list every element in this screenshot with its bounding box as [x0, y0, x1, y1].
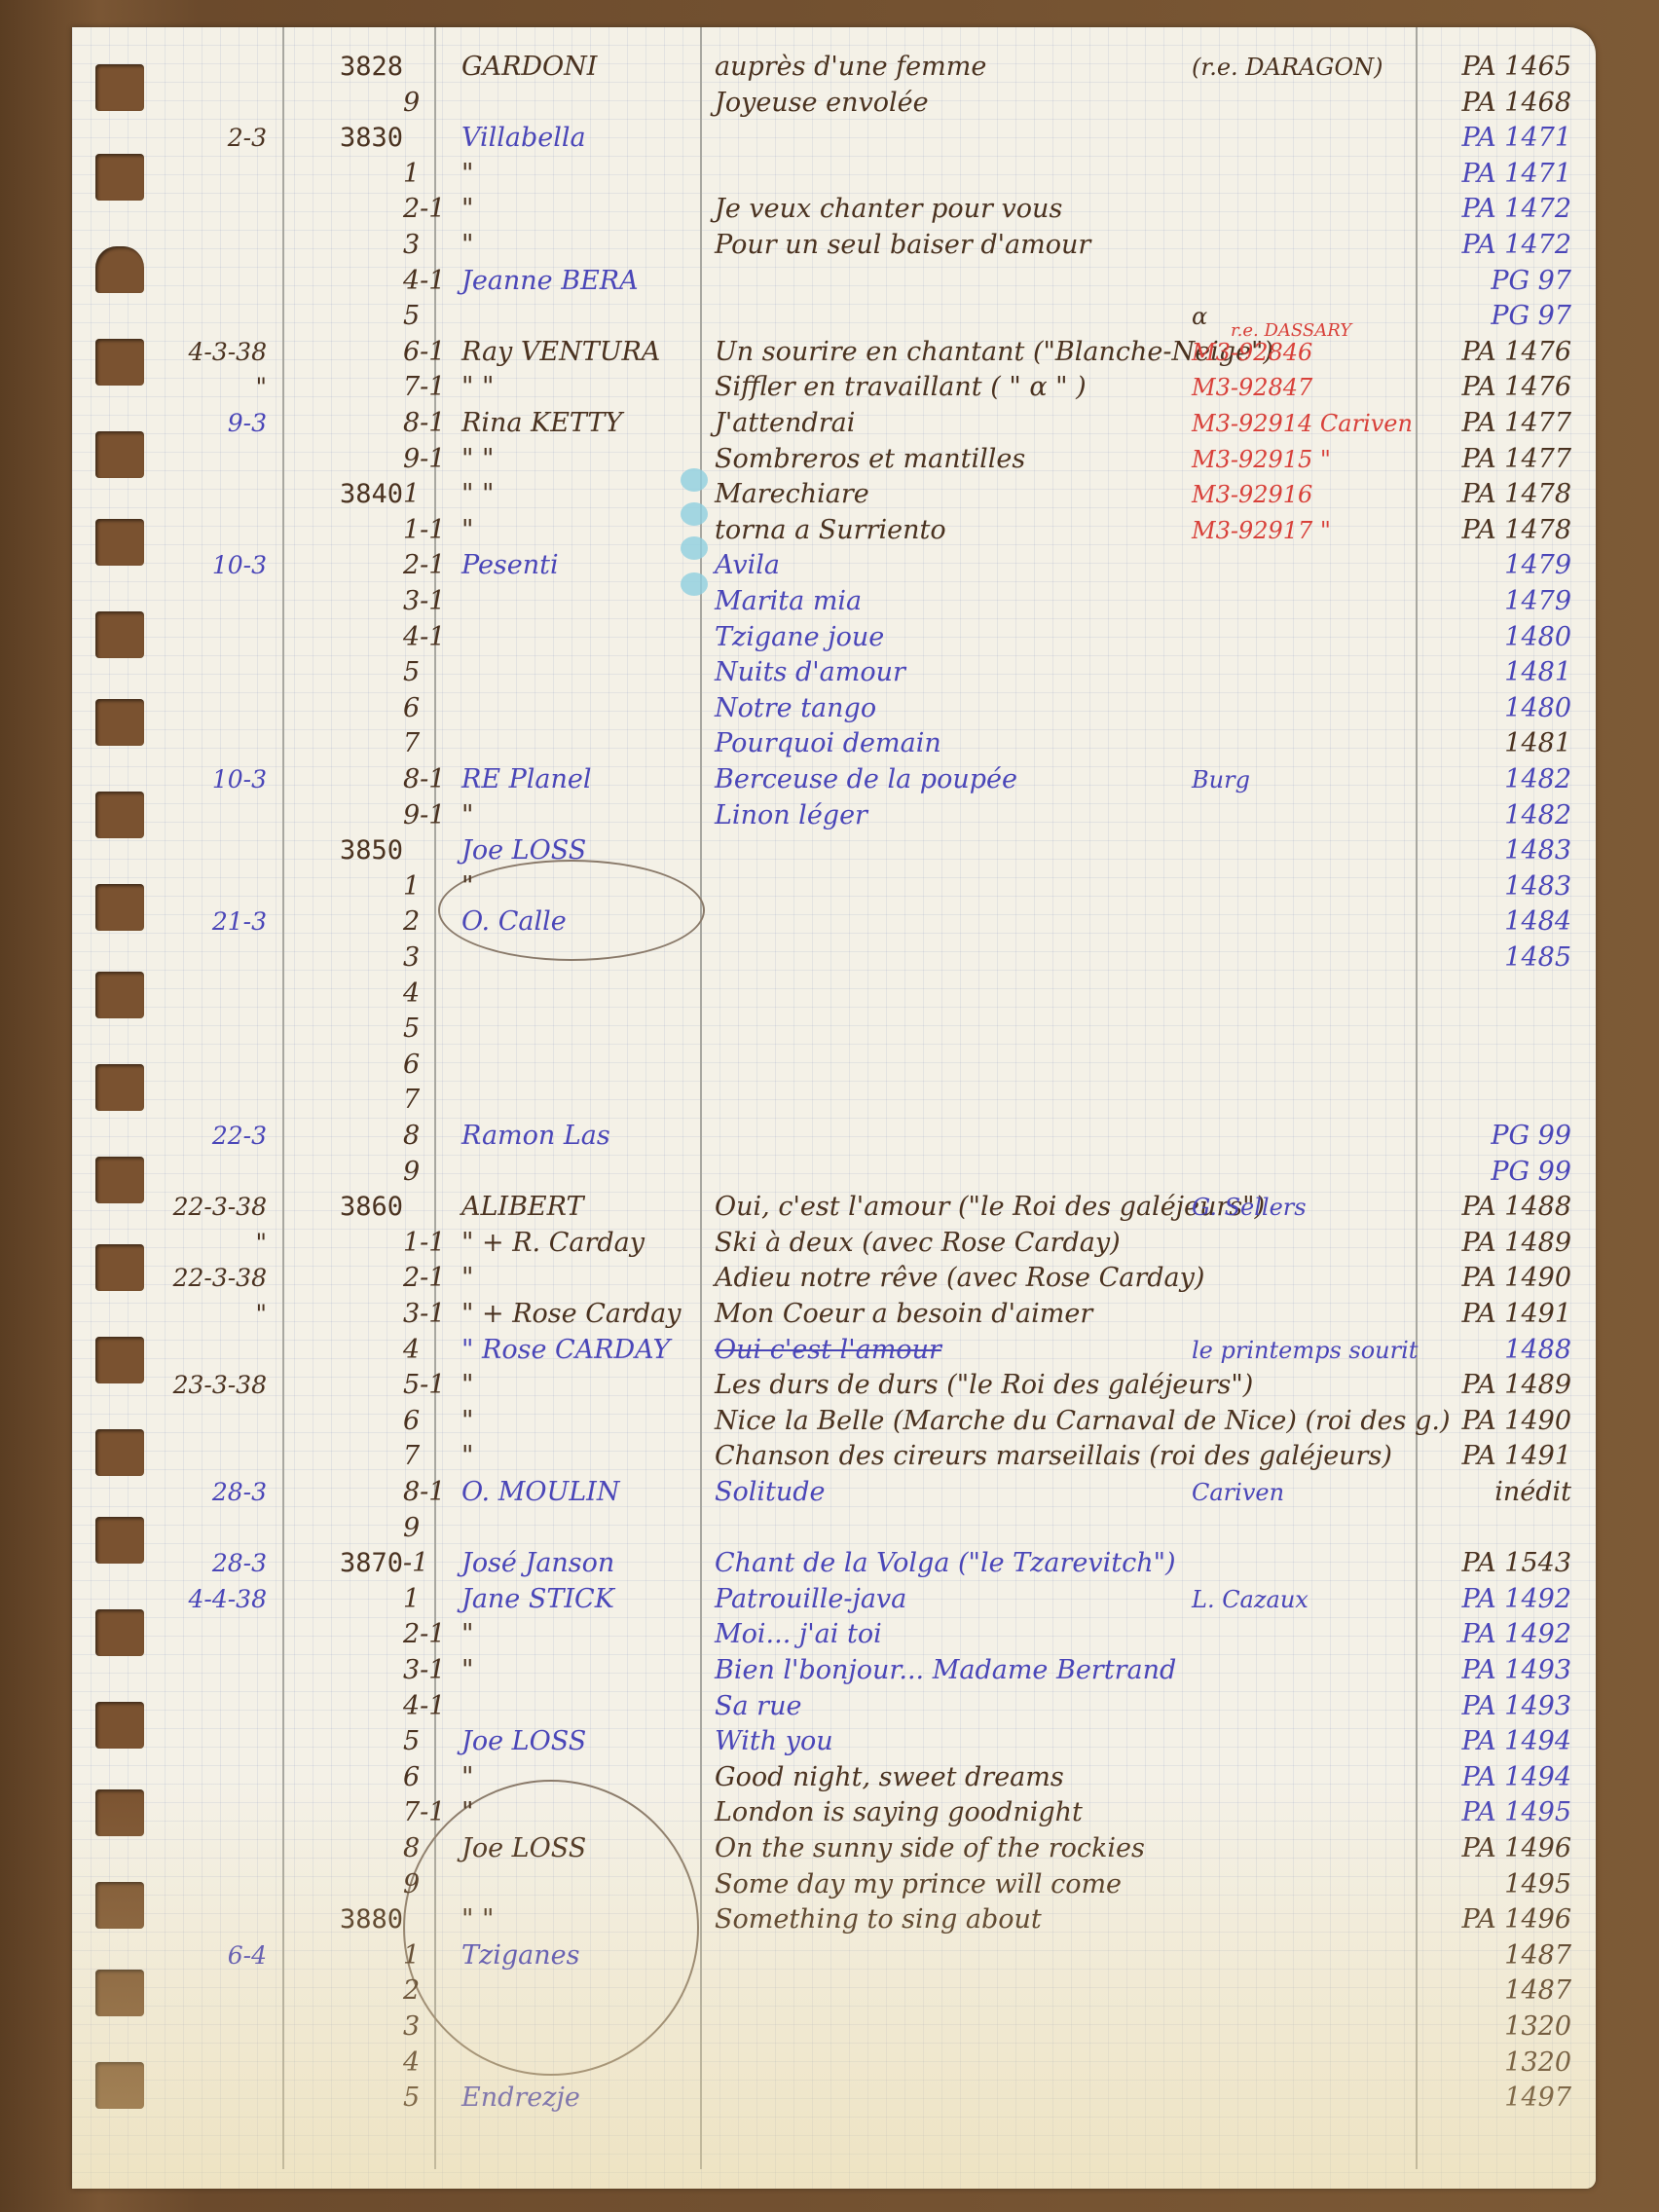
- artist-name: ": [461, 1438, 473, 1475]
- entry-date: 22-3: [111, 1118, 267, 1155]
- ledger-row: 41320: [72, 2045, 1596, 2082]
- catalogue-ref: 1487: [1416, 1972, 1571, 2009]
- artist-name: Endrezje: [461, 2080, 580, 2117]
- song-title: Nuits d'amour: [715, 654, 905, 691]
- song-title: Avila: [715, 547, 780, 584]
- entry-date: 9-3: [111, 405, 267, 442]
- take-number: 1: [403, 868, 461, 905]
- take-number: 8-1: [403, 1474, 461, 1511]
- ledger-row: 3850Joe LOSS1483: [72, 832, 1596, 869]
- catalogue-ref: 1320: [1416, 2045, 1571, 2082]
- song-title: Joyeuse envolée: [715, 85, 929, 122]
- artist-name: ": [461, 1794, 473, 1831]
- take-number: 2-1: [403, 191, 461, 228]
- ledger-row: 1"PA 1471: [72, 156, 1596, 193]
- song-title: Je veux chanter pour vous: [715, 191, 1062, 228]
- catalogue-ref: 1480: [1416, 690, 1571, 727]
- song-title: London is saying goodnight: [715, 1794, 1083, 1831]
- take-number: 1-1: [403, 1225, 461, 1262]
- artist-name: Ramon Las: [461, 1118, 610, 1155]
- song-title: Siffler en travaillant ( " α " ): [715, 369, 1087, 406]
- entry-date: 28-3: [111, 1545, 267, 1582]
- matrix-number: 3840: [296, 476, 403, 513]
- ledger-row: 5αPG 97: [72, 298, 1596, 335]
- ledger-row: 5: [72, 1011, 1596, 1048]
- artist-name: ": [461, 1260, 473, 1297]
- ledger-row: 4-1Jeanne BERAPG 97: [72, 263, 1596, 300]
- artist-name: O. Calle: [461, 903, 567, 940]
- artist-name: Rina KETTY: [461, 405, 622, 442]
- song-title: torna a Surriento: [715, 512, 946, 549]
- artist-name: ": [461, 1367, 473, 1404]
- take-number: 4-1: [403, 619, 461, 656]
- matrix-number: 3828: [296, 49, 403, 86]
- take-number: -1: [403, 1545, 461, 1582]
- catalogue-ref: PA 1492: [1416, 1581, 1571, 1618]
- song-title: Berceuse de la poupée: [715, 761, 1017, 798]
- artist-name: Jeanne BERA: [461, 263, 639, 300]
- take-number: 6: [403, 1047, 461, 1084]
- matrix-number: 3880: [296, 1901, 403, 1938]
- ledger-row: 2-33830VillabellaPA 1471: [72, 120, 1596, 157]
- take-number: 9: [403, 1510, 461, 1547]
- artist-name: ": [461, 1616, 473, 1653]
- catalogue-ref: 1484: [1416, 903, 1571, 940]
- catalogue-ref: PA 1472: [1416, 191, 1571, 228]
- song-title: Some day my prince will come: [715, 1866, 1122, 1903]
- artist-name: Joe LOSS: [461, 1723, 586, 1760]
- take-number: 6: [403, 1403, 461, 1440]
- song-title: On the sunny side of the rockies: [715, 1830, 1145, 1867]
- binder-hole: [95, 1882, 144, 1929]
- song-title: Notre tango: [715, 690, 876, 727]
- take-number: 4: [403, 2045, 461, 2082]
- take-number: 5-1: [403, 1367, 461, 1404]
- matrix-number: 3860: [296, 1189, 403, 1226]
- take-number: 1: [403, 156, 461, 193]
- song-title: Nice la Belle (Marche du Carnaval de Nic…: [715, 1403, 1450, 1440]
- take-number: 9-1: [403, 441, 461, 478]
- ledger-row: 7Pourquoi demain1481: [72, 725, 1596, 762]
- take-number: 1-1: [403, 512, 461, 549]
- ledger-row: 8Joe LOSSOn the sunny side of the rockie…: [72, 1830, 1596, 1867]
- entry-date: 28-3: [111, 1474, 267, 1511]
- catalogue-ref: 1479: [1416, 547, 1571, 584]
- artist-name: " Rose CARDAY: [461, 1332, 670, 1369]
- ledger-row: 6-41Tziganes1487: [72, 1937, 1596, 1974]
- song-title: Pour un seul baiser d'amour: [715, 227, 1090, 264]
- song-title: Chant de la Volga ("le Tzarevitch"): [715, 1545, 1176, 1582]
- ledger-row: 28-33870-1José JansonChant de la Volga (…: [72, 1545, 1596, 1582]
- catalogue-ref: 1485: [1416, 940, 1571, 977]
- pencil-circle: [403, 1780, 699, 2076]
- ledger-row: "3-1" + Rose CardayMon Coeur a besoin d'…: [72, 1296, 1596, 1333]
- artist-name: " + R. Carday: [461, 1225, 645, 1262]
- entry-date: 21-3: [111, 903, 267, 940]
- annotation: (r.e. DARAGON): [1192, 49, 1382, 86]
- catalogue-ref: 1482: [1416, 797, 1571, 834]
- annotation: M3-92917 ": [1192, 512, 1331, 549]
- catalogue-ref: 1495: [1416, 1866, 1571, 1903]
- song-title: Sombreros et mantilles: [715, 441, 1025, 478]
- annotation-extra: r.e. DASSARY: [1231, 313, 1351, 350]
- ledger-row: "1-1" + R. CardaySki à deux (avec Rose C…: [72, 1225, 1596, 1262]
- artist-name: ": [461, 156, 473, 193]
- ledger-row: 1-1"torna a SurrientoM3-92917 "PA 1478: [72, 512, 1596, 549]
- catalogue-ref: PA 1476: [1416, 334, 1571, 371]
- annotation: M3-92916: [1192, 476, 1312, 513]
- catalogue-ref: PA 1489: [1416, 1367, 1571, 1404]
- ledger-row: 7: [72, 1082, 1596, 1119]
- take-number: 2-1: [403, 1260, 461, 1297]
- ledger-row: 31320: [72, 2009, 1596, 2046]
- entry-date: 22-3-38: [111, 1189, 267, 1226]
- ledger-row: 9-38-1Rina KETTYJ'attendraiM3-92914 Cari…: [72, 405, 1596, 442]
- catalogue-ref: PA 1471: [1416, 156, 1571, 193]
- ledger-row: 9PG 99: [72, 1154, 1596, 1191]
- artist-name: ": [461, 512, 473, 549]
- ledger-row: 9-1" "Sombreros et mantillesM3-92915 "PA…: [72, 441, 1596, 478]
- song-title: Oui c'est l'amour: [715, 1332, 941, 1369]
- song-title: Ski à deux (avec Rose Carday): [715, 1225, 1121, 1262]
- song-title: Something to sing about: [715, 1901, 1042, 1938]
- take-number: 2: [403, 903, 461, 940]
- take-number: 2-1: [403, 547, 461, 584]
- take-number: 7: [403, 725, 461, 762]
- entry-date: 23-3-38: [111, 1367, 267, 1404]
- ledger-row: 22-3-382-1"Adieu notre rêve (avec Rose C…: [72, 1260, 1596, 1297]
- take-number: 3: [403, 227, 461, 264]
- take-number: 7: [403, 1082, 461, 1119]
- artist-name: ": [461, 868, 473, 905]
- song-title: Pourquoi demain: [715, 725, 941, 762]
- catalogue-ref: PA 1488: [1416, 1189, 1571, 1226]
- binder-hole: [95, 1970, 144, 2016]
- take-number: 8: [403, 1118, 461, 1155]
- catalogue-ref: 1481: [1416, 725, 1571, 762]
- entry-date: 22-3-38: [111, 1260, 267, 1297]
- song-title: Bien l'bonjour... Madame Bertrand: [715, 1652, 1176, 1689]
- entry-date: ": [111, 1225, 267, 1262]
- artist-name: " ": [461, 369, 494, 406]
- take-number: 4: [403, 1332, 461, 1369]
- take-number: 5: [403, 654, 461, 691]
- matrix-number: 3870: [296, 1545, 403, 1582]
- catalogue-ref: PA 1489: [1416, 1225, 1571, 1262]
- song-title: Patrouille-java: [715, 1581, 906, 1618]
- artist-name: ": [461, 1403, 473, 1440]
- entry-date: ": [111, 369, 267, 406]
- catalogue-ref: 1482: [1416, 761, 1571, 798]
- catalogue-ref: PA 1477: [1416, 405, 1571, 442]
- artist-name: ALIBERT: [461, 1189, 584, 1226]
- ledger-row: 5Joe LOSSWith youPA 1494: [72, 1723, 1596, 1760]
- annotation: Cariven: [1192, 1474, 1284, 1511]
- song-title: Moi... j'ai toi: [715, 1616, 882, 1653]
- ledger-row: 3-1"Bien l'bonjour... Madame BertrandPA …: [72, 1652, 1596, 1689]
- catalogue-ref: PA 1492: [1416, 1616, 1571, 1653]
- annotation: le printemps sourit: [1192, 1332, 1418, 1369]
- ledger-row: 3"Pour un seul baiser d'amourPA 1472: [72, 227, 1596, 264]
- song-title: Oui, c'est l'amour ("le Roi des galéjeur…: [715, 1189, 1265, 1226]
- catalogue-ref: PA 1491: [1416, 1296, 1571, 1333]
- song-title: Good night, sweet dreams: [715, 1759, 1064, 1796]
- take-number: 8: [403, 1830, 461, 1867]
- ledger-row: 3828GARDONIauprès d'une femme(r.e. DARAG…: [72, 49, 1596, 86]
- take-number: 2-1: [403, 1616, 461, 1653]
- song-title: Chanson des cireurs marseillais (roi des…: [715, 1438, 1392, 1475]
- take-number: 6-1: [403, 334, 461, 371]
- catalogue-ref: PA 1490: [1416, 1260, 1571, 1297]
- ledger-row: 4-3-386-1Ray VENTURAUn sourire en chanta…: [72, 334, 1596, 371]
- catalogue-ref: PA 1465: [1416, 49, 1571, 86]
- take-number: 7-1: [403, 1794, 461, 1831]
- ledger-row: 7-1"London is saying goodnightPA 1495: [72, 1794, 1596, 1831]
- take-number: 1: [403, 1937, 461, 1974]
- artist-name: RE Planel: [461, 761, 592, 798]
- catalogue-ref: PA 1491: [1416, 1438, 1571, 1475]
- catalogue-ref: 1487: [1416, 1937, 1571, 1974]
- take-number: 1: [403, 1581, 461, 1618]
- song-title: Linon léger: [715, 797, 867, 834]
- catalogue-ref: 1480: [1416, 619, 1571, 656]
- catalogue-ref: PA 1493: [1416, 1688, 1571, 1725]
- catalogue-ref: PA 1471: [1416, 120, 1571, 157]
- take-number: 5: [403, 1011, 461, 1048]
- ledger-row: "7-1" "Siffler en travaillant ( " α " )M…: [72, 369, 1596, 406]
- song-title: Sa rue: [715, 1688, 801, 1725]
- catalogue-ref: PA 1543: [1416, 1545, 1571, 1582]
- take-number: 4: [403, 976, 461, 1013]
- artist-name: Jane STICK: [461, 1581, 614, 1618]
- ledger-row: 2-1"Moi... j'ai toiPA 1492: [72, 1616, 1596, 1653]
- artist-name: ": [461, 797, 473, 834]
- artist-name: ": [461, 191, 473, 228]
- artist-name: " ": [461, 1901, 494, 1938]
- artist-name: " ": [461, 476, 494, 513]
- take-number: 9: [403, 85, 461, 122]
- ledger-row: 3880" "Something to sing aboutPA 1496: [72, 1901, 1596, 1938]
- catalogue-ref: PA 1478: [1416, 512, 1571, 549]
- catalogue-ref: PA 1478: [1416, 476, 1571, 513]
- ledger-row: 22-38Ramon LasPG 99: [72, 1118, 1596, 1155]
- artist-name: O. MOULIN: [461, 1474, 619, 1511]
- artist-name: Pesenti: [461, 547, 559, 584]
- ledger-row: 9: [72, 1510, 1596, 1547]
- catalogue-ref: 1488: [1416, 1332, 1571, 1369]
- entry-date: 4-4-38: [111, 1581, 267, 1618]
- song-title: J'attendrai: [715, 405, 855, 442]
- ledger-row: 5Nuits d'amour1481: [72, 654, 1596, 691]
- take-number: 3-1: [403, 1652, 461, 1689]
- catalogue-ref: 1320: [1416, 2009, 1571, 2046]
- ledger-row: 4: [72, 976, 1596, 1013]
- annotation: Burg: [1192, 761, 1250, 798]
- catalogue-ref: PA 1496: [1416, 1830, 1571, 1867]
- entry-date: 10-3: [111, 761, 267, 798]
- matrix-number: 3830: [296, 120, 403, 157]
- take-number: 6: [403, 1759, 461, 1796]
- catalogue-ref: PA 1494: [1416, 1759, 1571, 1796]
- take-number: 3: [403, 940, 461, 977]
- take-number: 4-1: [403, 1688, 461, 1725]
- entry-date: 6-4: [111, 1937, 267, 1974]
- entry-date: 10-3: [111, 547, 267, 584]
- ledger-row: 6"Good night, sweet dreamsPA 1494: [72, 1759, 1596, 1796]
- annotation: M3-92915 ": [1192, 441, 1331, 478]
- artist-name: " ": [461, 441, 494, 478]
- song-title: Mon Coeur a besoin d'aimer: [715, 1296, 1092, 1333]
- ledger-row: 10-38-1RE PlanelBerceuse de la poupéeBur…: [72, 761, 1596, 798]
- song-title: With you: [715, 1723, 833, 1760]
- ledger-row: 6: [72, 1047, 1596, 1084]
- artist-name: " + Rose Carday: [461, 1296, 682, 1333]
- ledger-row: 9Joyeuse envoléePA 1468: [72, 85, 1596, 122]
- entry-date: 2-3: [111, 120, 267, 157]
- artist-name: GARDONI: [461, 49, 597, 86]
- song-title: Un sourire en chantant ("Blanche-Neige"): [715, 334, 1273, 371]
- ledger-row: 6"Nice la Belle (Marche du Carnaval de N…: [72, 1403, 1596, 1440]
- artist-name: Joe LOSS: [461, 832, 586, 869]
- ledger-page: 3828GARDONIauprès d'une femme(r.e. DARAG…: [72, 27, 1596, 2189]
- take-number: 5: [403, 2080, 461, 2117]
- artist-name: Villabella: [461, 120, 586, 157]
- catalogue-ref: 1483: [1416, 832, 1571, 869]
- catalogue-ref: PG 99: [1416, 1118, 1571, 1155]
- catalogue-ref: PA 1490: [1416, 1403, 1571, 1440]
- take-number: 3: [403, 2009, 461, 2046]
- ledger-row: 4-1Sa ruePA 1493: [72, 1688, 1596, 1725]
- artist-name: Ray VENTURA: [461, 334, 660, 371]
- entry-date: ": [111, 1296, 267, 1333]
- artist-name: Tziganes: [461, 1937, 579, 1974]
- catalogue-ref: 1481: [1416, 654, 1571, 691]
- catalogue-ref: PA 1495: [1416, 1794, 1571, 1831]
- song-title: Marita mia: [715, 583, 862, 620]
- catalogue-ref: PA 1477: [1416, 441, 1571, 478]
- ledger-row: 9-1"Linon léger1482: [72, 797, 1596, 834]
- catalogue-ref: 1483: [1416, 868, 1571, 905]
- catalogue-ref: inédit: [1416, 1474, 1571, 1511]
- song-title: Les durs de durs ("le Roi des galéjeurs"…: [715, 1367, 1253, 1404]
- ledger-row: 1"1483: [72, 868, 1596, 905]
- take-number: 1: [403, 476, 461, 513]
- ledger-row: 21487: [72, 1972, 1596, 2009]
- artist-name: ": [461, 1652, 473, 1689]
- catalogue-ref: PG 97: [1416, 298, 1571, 335]
- ledger-row: 21-32O. Calle1484: [72, 903, 1596, 940]
- ledger-row: 31485: [72, 940, 1596, 977]
- take-number: 8-1: [403, 761, 461, 798]
- artist-name: ": [461, 227, 473, 264]
- catalogue-ref: PA 1472: [1416, 227, 1571, 264]
- ledger-row: 28-38-1O. MOULINSolitudeCariveninédit: [72, 1474, 1596, 1511]
- song-title: Tzigane joue: [715, 619, 884, 656]
- take-number: 6: [403, 690, 461, 727]
- song-title: Solitude: [715, 1474, 826, 1511]
- ledger-row: 4-1Tzigane joue1480: [72, 619, 1596, 656]
- take-number: 9: [403, 1154, 461, 1191]
- catalogue-ref: PA 1468: [1416, 85, 1571, 122]
- artist-name: ": [461, 1759, 473, 1796]
- annotation: G. Sellers: [1192, 1189, 1307, 1226]
- annotation: M3-92914 Cariven: [1192, 405, 1413, 442]
- take-number: 8-1: [403, 405, 461, 442]
- ledger-row: 38401" "MarechiareM3-92916PA 1478: [72, 476, 1596, 513]
- entry-date: 4-3-38: [111, 334, 267, 371]
- take-number: 9-1: [403, 797, 461, 834]
- catalogue-ref: PA 1494: [1416, 1723, 1571, 1760]
- catalogue-ref: 1497: [1416, 2080, 1571, 2117]
- take-number: 3-1: [403, 1296, 461, 1333]
- take-number: 4-1: [403, 263, 461, 300]
- catalogue-ref: PG 97: [1416, 263, 1571, 300]
- take-number: 5: [403, 298, 461, 335]
- take-number: 9: [403, 1866, 461, 1903]
- ledger-row: 7"Chanson des cireurs marseillais (roi d…: [72, 1438, 1596, 1475]
- song-title: auprès d'une femme: [715, 49, 986, 86]
- artist-name: Joe LOSS: [461, 1830, 586, 1867]
- take-number: 5: [403, 1723, 461, 1760]
- annotation: α: [1192, 298, 1207, 335]
- binder-hole: [95, 2062, 144, 2109]
- binder-hole: [95, 1789, 144, 1836]
- ledger-row: 9Some day my prince will come1495: [72, 1866, 1596, 1903]
- ledger-row: 2-1"Je veux chanter pour vousPA 1472: [72, 191, 1596, 228]
- take-number: 3-1: [403, 583, 461, 620]
- catalogue-ref: 1479: [1416, 583, 1571, 620]
- ledger-row: 23-3-385-1"Les durs de durs ("le Roi des…: [72, 1367, 1596, 1404]
- catalogue-ref: PG 99: [1416, 1154, 1571, 1191]
- annotation: M3-92847: [1192, 369, 1312, 406]
- catalogue-ref: PA 1496: [1416, 1901, 1571, 1938]
- ledger-row: 22-3-383860ALIBERTOui, c'est l'amour ("l…: [72, 1189, 1596, 1226]
- ledger-row: 6Notre tango1480: [72, 690, 1596, 727]
- matrix-number: 3850: [296, 832, 403, 869]
- take-number: 7-1: [403, 369, 461, 406]
- ledger-row: 4-4-381Jane STICKPatrouille-javaL. Cazau…: [72, 1581, 1596, 1618]
- ledger-row: 10-32-1PesentiAvila1479: [72, 547, 1596, 584]
- song-title: Marechiare: [715, 476, 869, 513]
- song-title: Adieu notre rêve (avec Rose Carday): [715, 1260, 1204, 1297]
- catalogue-ref: PA 1493: [1416, 1652, 1571, 1689]
- ledger-row: 4" Rose CARDAYOui c'est l'amourle printe…: [72, 1332, 1596, 1369]
- annotation: L. Cazaux: [1192, 1581, 1309, 1618]
- ledger-row: 3-1Marita mia1479: [72, 583, 1596, 620]
- catalogue-ref: PA 1476: [1416, 369, 1571, 406]
- artist-name: José Janson: [461, 1545, 614, 1582]
- take-number: 2: [403, 1972, 461, 2009]
- take-number: 7: [403, 1438, 461, 1475]
- ledger-row: 5Endrezje1497: [72, 2080, 1596, 2117]
